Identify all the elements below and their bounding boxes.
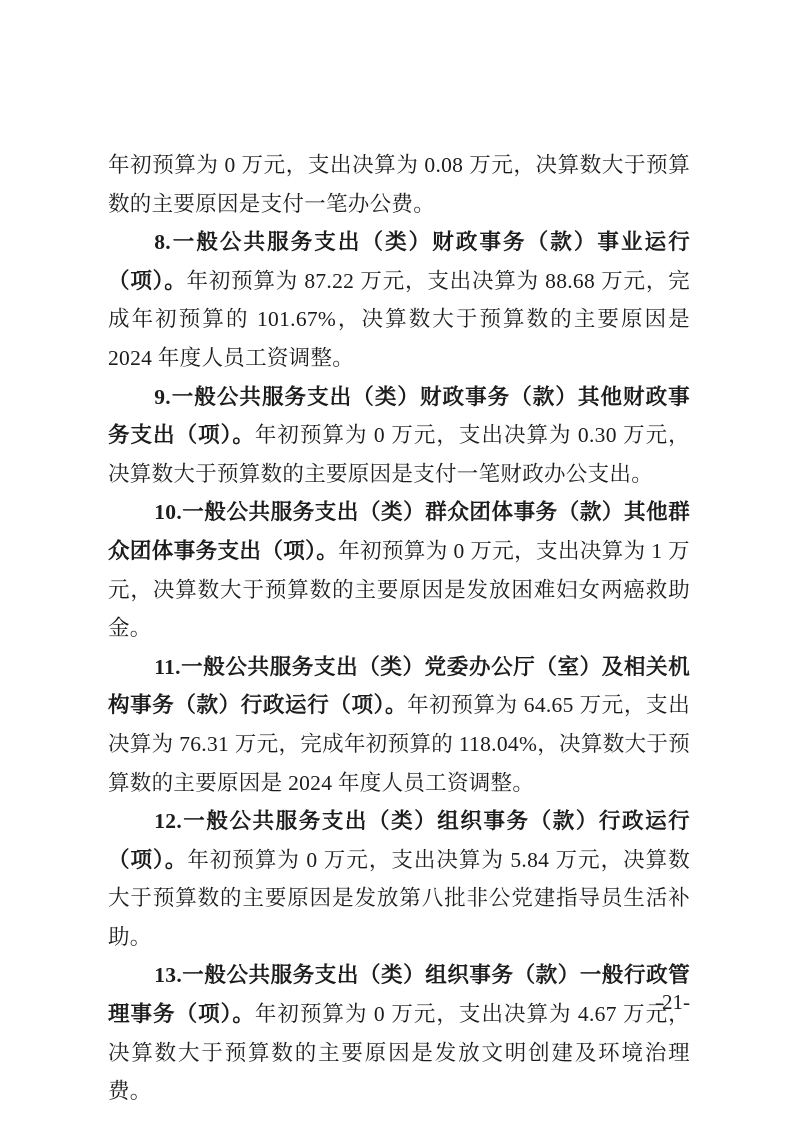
- budget-item-12: 12.一般公共服务支出（类）组织事务（款）行政运行（项）。年初预算为 0 万元，…: [108, 802, 690, 956]
- budget-item-11: 11.一般公共服务支出（类）党委办公厅（室）及相关机构事务（款）行政运行（项）。…: [108, 648, 690, 802]
- budget-item-10: 10.一般公共服务支出（类）群众团体事务（款）其他群众团体事务支出（项）。年初预…: [108, 493, 690, 647]
- document-body: 年初预算为 0 万元，支出决算为 0.08 万元，决算数大于预算数的主要原因是支…: [108, 146, 690, 1111]
- item-12-body: 年初预算为 0 万元，支出决算为 5.84 万元，决算数大于预算数的主要原因是发…: [108, 848, 690, 949]
- document-page: 年初预算为 0 万元，支出决算为 0.08 万元，决算数大于预算数的主要原因是支…: [0, 0, 793, 1122]
- page-number: -21-: [655, 988, 690, 1016]
- paragraph-text: 年初预算为 0 万元，支出决算为 0.08 万元，决算数大于预算数的主要原因是支…: [108, 153, 690, 216]
- budget-item-9: 9.一般公共服务支出（类）财政事务（款）其他财政事务支出（项）。年初预算为 0 …: [108, 378, 690, 494]
- budget-item-8: 8.一般公共服务支出（类）财政事务（款）事业运行（项）。年初预算为 87.22 …: [108, 223, 690, 377]
- budget-item-13: 13.一般公共服务支出（类）组织事务（款）一般行政管理事务（项）。年初预算为 0…: [108, 956, 690, 1110]
- item-8-body: 年初预算为 87.22 万元，支出决算为 88.68 万元，完成年初预算的 10…: [108, 269, 690, 370]
- paragraph-continuation: 年初预算为 0 万元，支出决算为 0.08 万元，决算数大于预算数的主要原因是支…: [108, 146, 690, 223]
